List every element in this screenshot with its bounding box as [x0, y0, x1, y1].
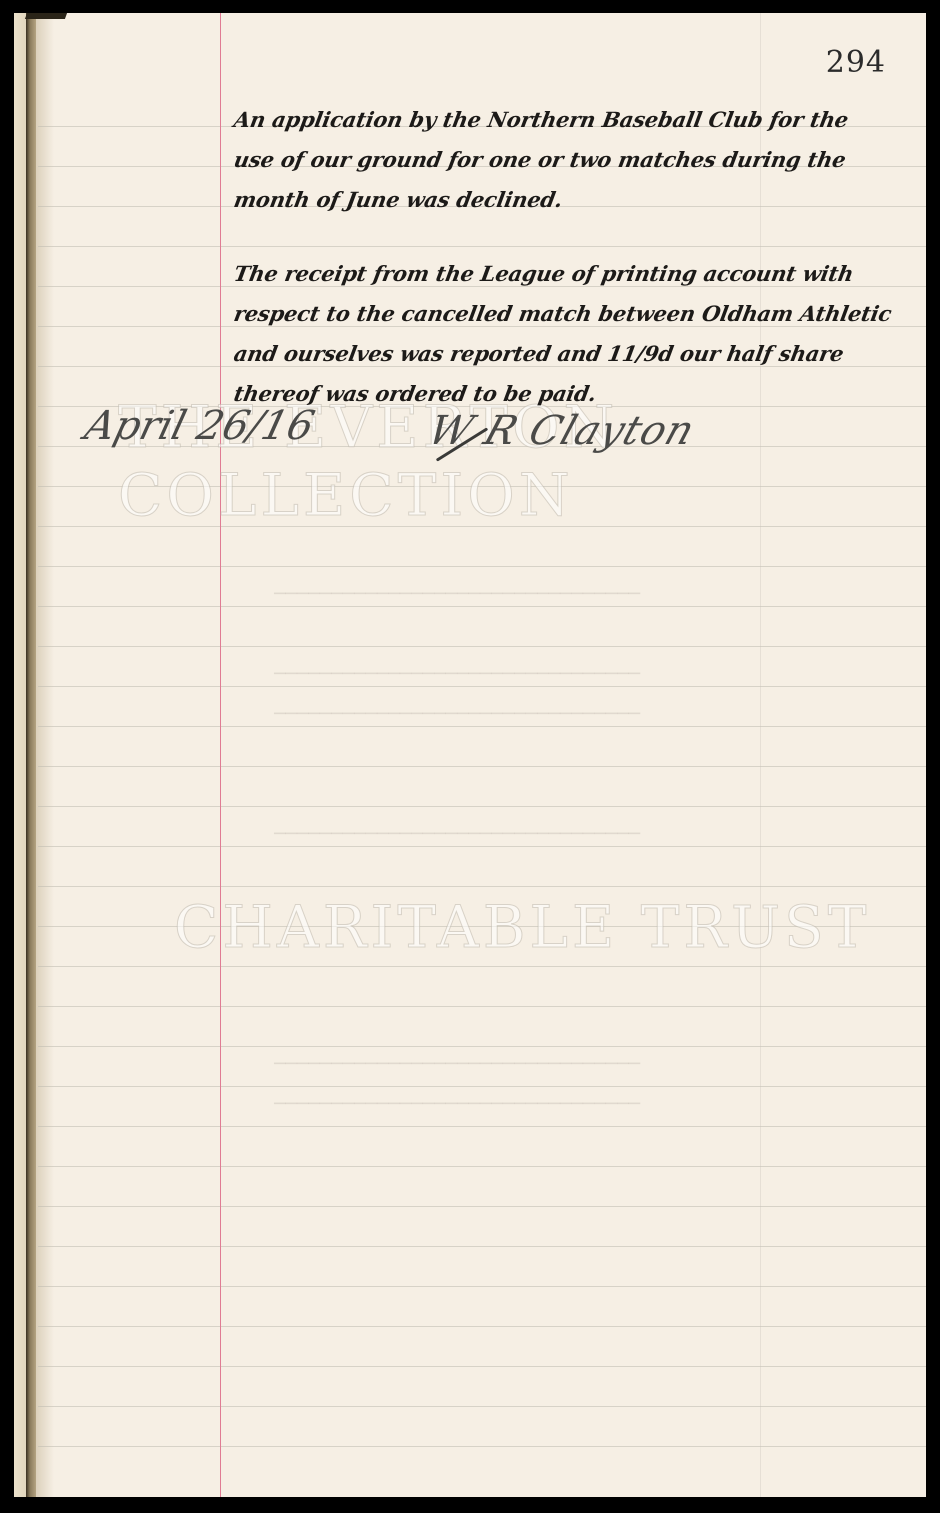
ruled-line: [38, 1286, 926, 1287]
ruled-line: [38, 1086, 926, 1087]
red-margin-line: [220, 13, 221, 1497]
ruled-line: [38, 526, 926, 527]
ruled-line: [38, 1206, 926, 1207]
bleed-through-text: ────────────────────────────────: [274, 1053, 640, 1075]
ledger-page: ──────────────────────────────── ───────…: [14, 13, 926, 1497]
ruled-line: [38, 1126, 926, 1127]
ruled-line: [38, 1246, 926, 1247]
bleed-through-text: ────────────────────────────────: [274, 1093, 640, 1115]
ruled-line: [38, 606, 926, 607]
ruled-line: [38, 566, 926, 567]
signature: W R Clayton: [423, 408, 701, 454]
bleed-through-text: ────────────────────────────────: [274, 663, 640, 685]
ruled-line: [38, 1006, 926, 1007]
ruled-line: [38, 766, 926, 767]
binding-shadow: [36, 13, 54, 1497]
ruled-line: [38, 886, 926, 887]
page-edge: [14, 13, 26, 1497]
ruled-line: [38, 686, 926, 687]
minute-line: respect to the cancelled match between O…: [232, 301, 894, 326]
watermark-bottom: CHARITABLE TRUST: [174, 893, 870, 961]
bleed-through-text: ────────────────────────────────: [274, 703, 640, 725]
ruled-line: [38, 1366, 926, 1367]
book-binding: [26, 13, 36, 1497]
bleed-through-text: ────────────────────────────────: [274, 583, 640, 605]
page-fold: [25, 13, 67, 19]
ruled-line: [38, 806, 926, 807]
ruled-line: [38, 646, 926, 647]
ruled-line: [38, 486, 926, 487]
ruled-line: [38, 1166, 926, 1167]
ruled-line: [38, 726, 926, 727]
date-annotation: April 26/16: [80, 403, 319, 449]
bleed-through-column-line: [760, 13, 761, 1497]
ruled-line: [38, 1406, 926, 1407]
ruled-line: [38, 926, 926, 927]
ruled-line: [38, 846, 926, 847]
ruled-line: [38, 366, 926, 367]
minute-line: use of our ground for one or two matches…: [232, 147, 848, 172]
minute-line: month of June was declined.: [232, 187, 565, 212]
bleed-through-text: ────────────────────────────────: [274, 823, 640, 845]
ruled-line: [38, 326, 926, 327]
ruled-line: [38, 1326, 926, 1327]
minute-line: and ourselves was reported and 11/9d our…: [232, 341, 846, 366]
ruled-line: [38, 1046, 926, 1047]
ruled-line: [38, 1446, 926, 1447]
minute-line: An application by the Northern Baseball …: [232, 107, 850, 132]
page-number: 294: [826, 45, 886, 80]
minute-line: The receipt from the League of printing …: [232, 261, 856, 286]
ruled-line: [38, 966, 926, 967]
ruled-line: [38, 246, 926, 247]
ruled-line: [38, 286, 926, 287]
